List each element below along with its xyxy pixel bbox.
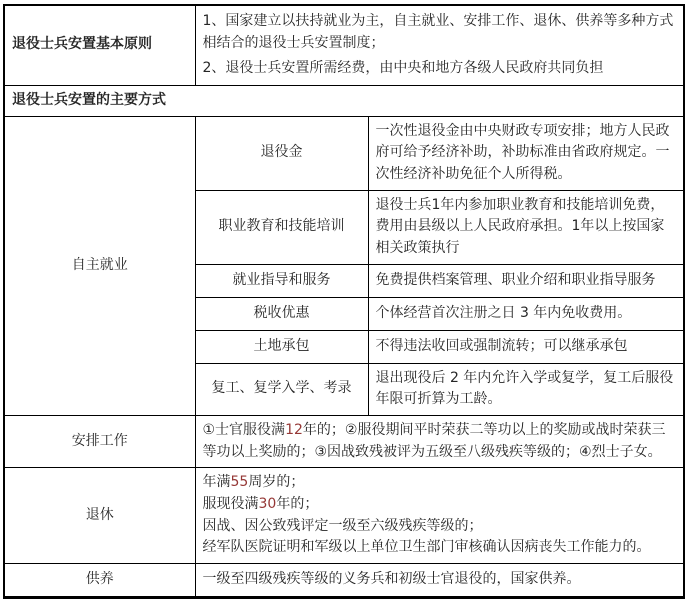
retirement-line-2-text: 服现役满	[203, 496, 259, 512]
tax-benefit-label: 税收优惠	[195, 297, 368, 330]
row-basic-principle: 退役士兵安置基本原则 1、国家建立以扶持就业为主，自主就业、安排工作、退休、供养…	[4, 5, 684, 85]
principle-item-1: 1、国家建立以扶持就业为主，自主就业、安排工作、退休、供养等多种方式相结合的退役…	[203, 11, 677, 54]
retirement-line-4: 经军队医院证明和军级以上单位卫生部门审核确认因病丧失工作能力的。	[203, 537, 677, 559]
row-section-header: 退役士兵安置的主要方式	[4, 85, 684, 116]
land-contract-desc: 不得违法收回或强制流转；可以继承承包	[368, 330, 684, 363]
vocational-training-label: 职业教育和技能培训	[195, 190, 368, 264]
row-arranged-work: 安排工作 ①士官服役满12年的；②服役期间平时荣获二等功以上的奖励或战时荣获三等…	[4, 416, 684, 468]
retirement-label: 退休	[4, 468, 195, 564]
arranged-work-highlight-12: 12	[285, 422, 303, 438]
retirement-line-1-text: 年满	[203, 474, 231, 490]
row-state-support: 供养 一级至四级残疾等级的义务兵和初级士官退役的，国家供养。	[4, 564, 684, 598]
basic-principle-label: 退役士兵安置基本原则	[4, 5, 195, 85]
arranged-work-label: 安排工作	[4, 416, 195, 468]
basic-principle-content: 1、国家建立以扶持就业为主，自主就业、安排工作、退休、供养等多种方式相结合的退役…	[195, 5, 684, 85]
retirement-line-3: 因战、因公致残评定一级至六级残疾等级的；	[203, 516, 677, 538]
retirement-line-1-tail: 周岁的；	[248, 474, 304, 490]
severance-pay-desc: 一次性退役金由中央财政专项安排；地方人民政府可给予经济补助，补助标准由省政府规定…	[368, 116, 684, 190]
state-support-desc: 一级至四级残疾等级的义务兵和初级士官退役的，国家供养。	[195, 564, 684, 598]
section-header-title: 退役士兵安置的主要方式	[4, 85, 684, 116]
retirement-line-2: 服现役满30年的；	[203, 494, 677, 516]
retirement-highlight-55: 55	[231, 474, 249, 490]
retirement-highlight-30: 30	[259, 496, 277, 512]
vocational-training-desc: 退役士兵1年内参加职业教育和技能培训免费，费用由县级以上人民政府承担。1年以上按…	[368, 190, 684, 264]
document-page: 退役士兵安置基本原则 1、国家建立以扶持就业为主，自主就业、安排工作、退休、供养…	[0, 0, 689, 565]
veteran-resettlement-table: 退役士兵安置基本原则 1、国家建立以扶持就业为主，自主就业、安排工作、退休、供养…	[3, 4, 685, 599]
self-employment-label: 自主就业	[4, 116, 195, 416]
principle-item-2: 2、退役士兵安置所需经费，由中央和地方各级人民政府共同负担	[203, 58, 677, 80]
state-support-label: 供养	[4, 564, 195, 598]
employment-guidance-label: 就业指导和服务	[195, 264, 368, 297]
employment-guidance-desc: 免费提供档案管理、职业介绍和职业指导服务	[368, 264, 684, 297]
arranged-work-desc: ①士官服役满12年的；②服役期间平时荣获二等功以上的奖励或战时荣获三等功以上奖励…	[195, 416, 684, 468]
retirement-line-2-tail: 年的；	[276, 496, 318, 512]
retirement-line-1: 年满55周岁的；	[203, 472, 677, 494]
resume-work-study-label: 复工、复学入学、考录	[195, 363, 368, 415]
tax-benefit-desc: 个体经营首次注册之日 3 年内免收费用。	[368, 297, 684, 330]
resume-work-study-desc: 退出现役后 2 年内允许入学或复学，复工后服役年限可折算为工龄。	[368, 363, 684, 415]
retirement-desc: 年满55周岁的； 服现役满30年的； 因战、因公致残评定一级至六级残疾等级的； …	[195, 468, 684, 564]
severance-pay-label: 退役金	[195, 116, 368, 190]
arranged-work-text-1: ①士官服役满	[203, 422, 286, 438]
row-severance-pay: 自主就业 退役金 一次性退役金由中央财政专项安排；地方人民政府可给予经济补助，补…	[4, 116, 684, 190]
land-contract-label: 土地承包	[195, 330, 368, 363]
row-retirement: 退休 年满55周岁的； 服现役满30年的； 因战、因公致残评定一级至六级残疾等级…	[4, 468, 684, 564]
